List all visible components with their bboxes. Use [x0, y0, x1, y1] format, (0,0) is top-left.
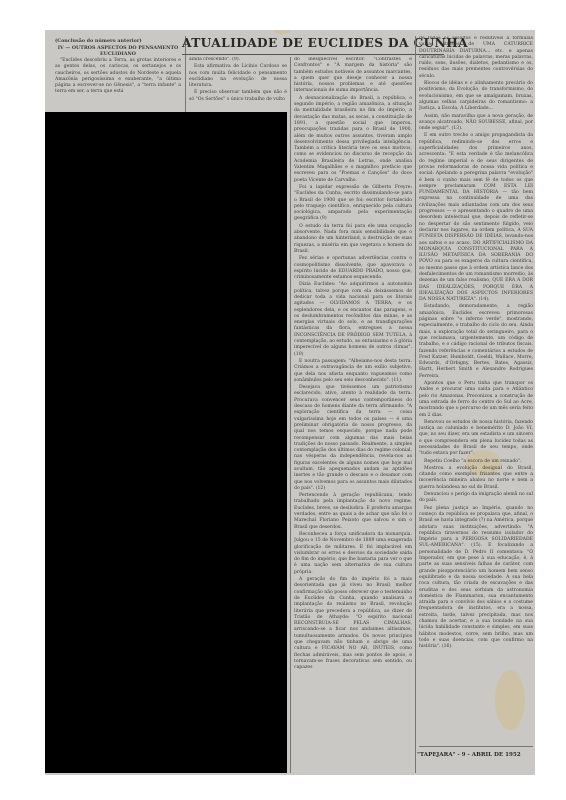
paragraph: Denunciou o perigo da imigração alemã no…	[419, 492, 533, 505]
paragraph: Reconheceu a força unificadora da monarq…	[294, 532, 412, 576]
paragraph: Fez sérias e oportunas advertências cont…	[294, 256, 412, 281]
paragraph: E em outro trecho o amigo propagandista …	[419, 133, 533, 303]
column-divider	[415, 36, 416, 773]
paragraph: do inesquecível escritor. "Contrastes e …	[294, 57, 412, 95]
continuation-note: (Conclusão do número anterior)	[55, 38, 181, 44]
paragraph: A geração do fim do império foi a mais d…	[294, 577, 412, 671]
paragraph: A desnacionalização do Brasil, a repúbli…	[294, 96, 412, 184]
paragraph: "Euclides descobriu a Terra, as grotas i…	[55, 58, 181, 96]
paragraph: É preciso observar também que não é só "…	[189, 90, 287, 103]
paragraph: Renovou os estudos de nossa história, fa…	[419, 420, 533, 458]
paragraph: Dizia Euclides: "Ao adquirirmos a autono…	[294, 282, 412, 358]
column-2: ainda crescendo". (9). Esta afirmativa d…	[189, 57, 287, 112]
paragraph: Estudando, demoradamente, a região amazô…	[419, 304, 533, 380]
column-3: do inesquecível escritor. "Contrastes e …	[294, 57, 412, 773]
footer-rule	[419, 746, 533, 747]
paragraph: Mostrou a evolução desigual do Brasil, c…	[419, 466, 533, 491]
column-divider	[290, 57, 291, 773]
paragraph: de todos os assaltos e redutíveis a fórm…	[419, 36, 533, 80]
paragraph: O estudo da terra foi para ele uma ocupa…	[294, 224, 412, 255]
paragraph: Foi a lapidar expressão de Gilberto Frey…	[294, 185, 412, 223]
column-1: (Conclusão do número anterior) IV — OUTR…	[55, 38, 181, 112]
article-headline: ATUALIDADE DE EUCLIDES DA CUNHA	[182, 36, 445, 52]
paragraph: E noutra passagem: "Alheiamo-nos desta t…	[294, 359, 412, 384]
paragraph: Desejava que tivéssemos um patriotismo e…	[294, 385, 412, 492]
paragraph: ainda crescendo". (9).	[189, 57, 287, 63]
paragraph: Esta afirmativa de Licínio Cardoso se no…	[189, 64, 287, 89]
paragraph: Assim, não maravilha que a nova geração,…	[419, 114, 533, 133]
paragraph: Apontou que o Peru tinha que transpor os…	[419, 381, 533, 419]
paragraph: Blocos de idéias e o alinhamento precári…	[419, 81, 533, 112]
redacted-region	[45, 112, 287, 773]
footer-publication-line: "TAPEJARA" - 9 - ABRIL DE 1952	[417, 752, 535, 764]
paper-stain	[273, 30, 291, 34]
paragraph: Fez plena justiça ao Império, quando no …	[419, 506, 533, 651]
paragraph: Repetiu Coelho "a escora de um reinado".	[419, 459, 533, 465]
headline-rule	[182, 54, 444, 55]
column-4: de todos os assaltos e redutíveis a fórm…	[419, 36, 533, 742]
section-title: IV — OUTROS ASPECTOS DO PENSAMENTO EUCLI…	[55, 45, 181, 57]
paragraph: Pertencendo à geração republicana, tendo…	[294, 493, 412, 531]
newspaper-page: (Conclusão do número anterior) IV — OUTR…	[45, 30, 535, 775]
